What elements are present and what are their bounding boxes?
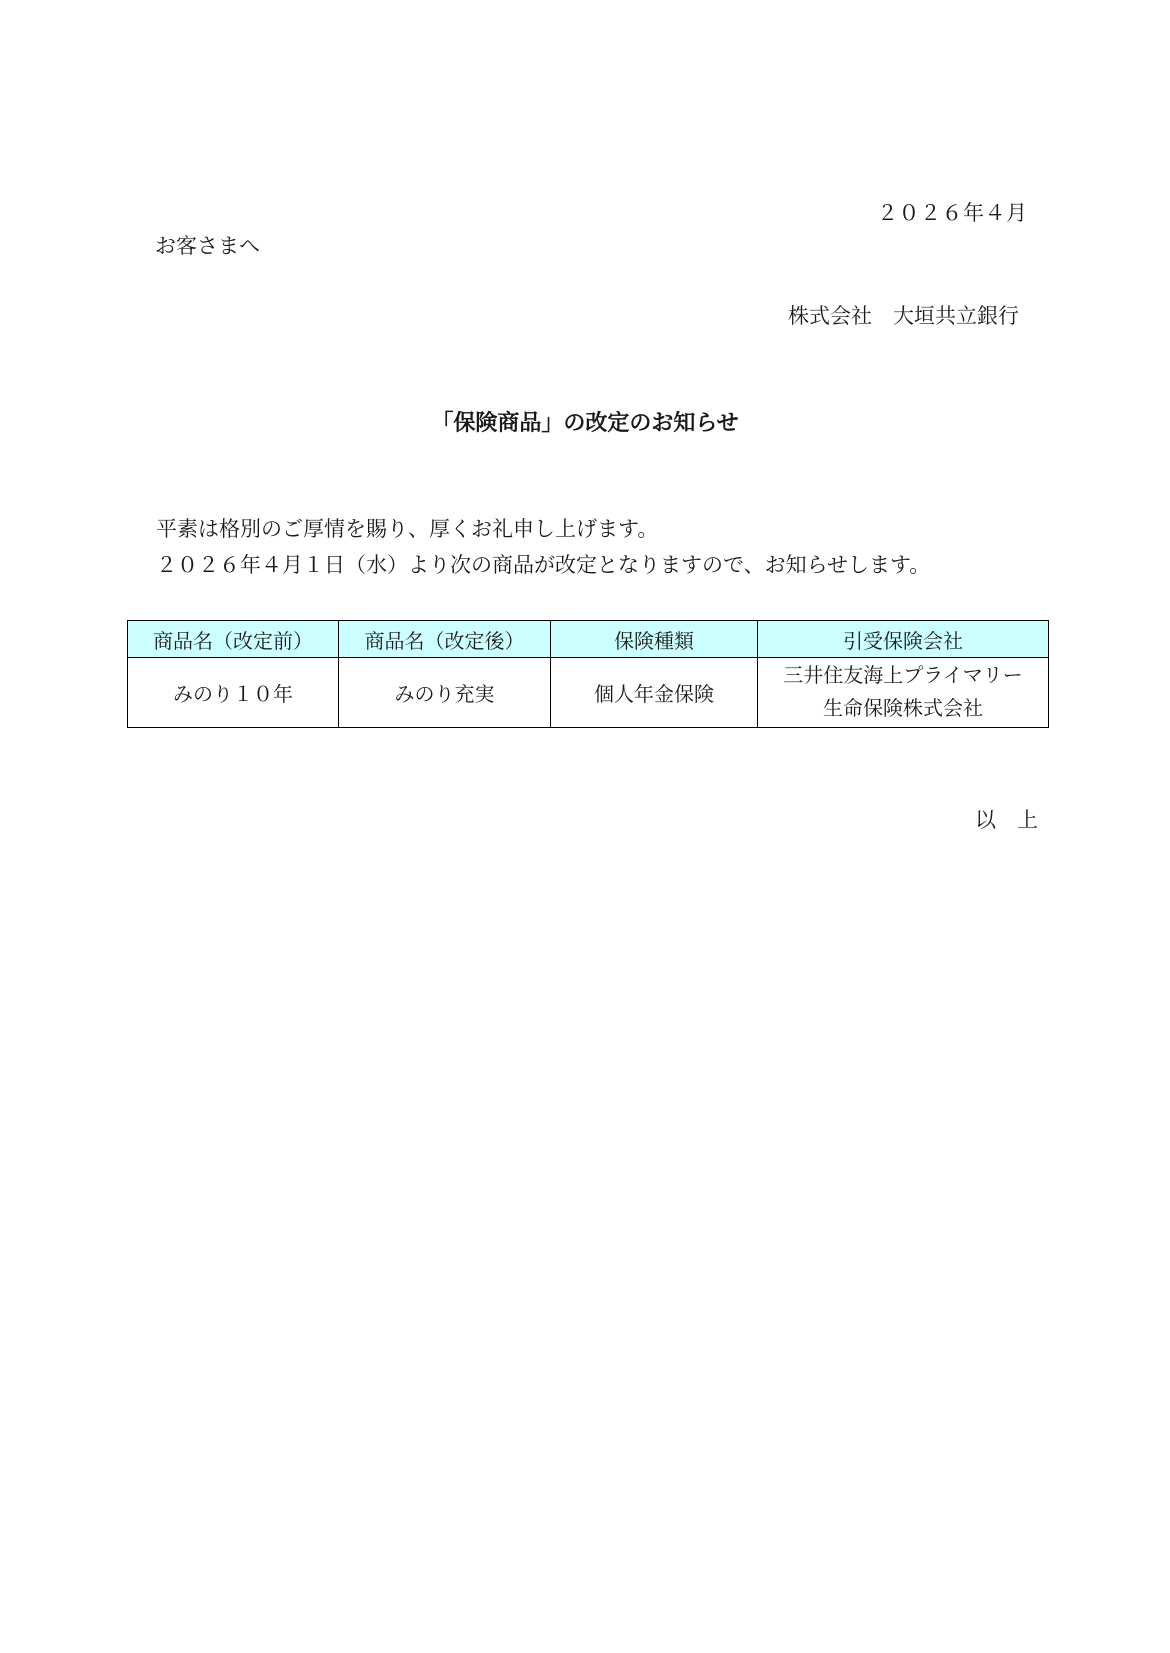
header-insurance-type: 保険種類 bbox=[551, 621, 758, 658]
greeting-line: 平素は格別のご厚情を賜り、厚くお礼申し上げます。 bbox=[156, 513, 658, 543]
closing-phrase: 以 上 bbox=[975, 804, 1038, 834]
document-date: ２０２６年４月 bbox=[877, 197, 1028, 227]
header-product-name-before: 商品名（改定前） bbox=[128, 621, 339, 658]
document-title: 「保険商品」の改定のお知らせ bbox=[0, 406, 1170, 437]
table-row: みのり１０年 みのり充実 個人年金保険 三井住友海上プライマリー 生命保険株式会… bbox=[128, 658, 1049, 728]
document-page: ２０２６年４月 お客さまへ 株式会社 大垣共立銀行 「保険商品」の改定のお知らせ… bbox=[0, 0, 1170, 1653]
product-revision-table: 商品名（改定前） 商品名（改定後） 保険種類 引受保険会社 みのり１０年 みのり… bbox=[127, 620, 1049, 728]
header-product-name-after: 商品名（改定後） bbox=[339, 621, 551, 658]
cell-insurance-type: 個人年金保険 bbox=[551, 658, 758, 728]
cell-product-name-after: みのり充実 bbox=[339, 658, 551, 728]
cell-underwriter: 三井住友海上プライマリー 生命保険株式会社 bbox=[758, 658, 1049, 728]
table-header-row: 商品名（改定前） 商品名（改定後） 保険種類 引受保険会社 bbox=[128, 621, 1049, 658]
header-underwriter: 引受保険会社 bbox=[758, 621, 1049, 658]
notice-line: ２０２６年４月１日（水）より次の商品が改定となりますので、お知らせします。 bbox=[156, 549, 930, 579]
underwriter-line-2: 生命保険株式会社 bbox=[758, 693, 1048, 726]
recipient-line: お客さまへ bbox=[155, 230, 260, 260]
company-name: 株式会社 大垣共立銀行 bbox=[788, 300, 1019, 330]
underwriter-line-1: 三井住友海上プライマリー bbox=[758, 660, 1048, 693]
cell-product-name-before: みのり１０年 bbox=[128, 658, 339, 728]
